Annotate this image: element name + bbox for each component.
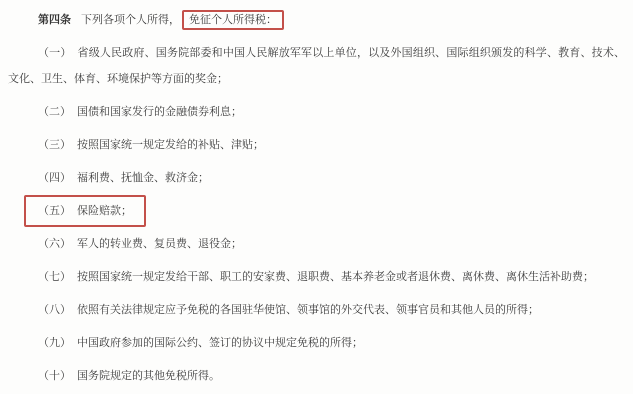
item-marker: （八） (38, 304, 71, 316)
item-text: 保险赔款； (77, 205, 132, 217)
item-highlight-box: （五）保险赔款； (24, 195, 146, 227)
tax-law-document: 第四条下列各项个人所得，免征个人所得税： （一）省级人民政府、国务院部委和中国人… (0, 0, 633, 394)
item-marker: （十） (38, 370, 71, 382)
item-text: 依照有关法律规定应予免税的各国驻华使馆、领事馆的外交代表、领事官员和其他人员的所… (77, 304, 539, 316)
list-item: （八）依照有关法律规定应予免税的各国驻华使馆、领事馆的外交代表、领事官员和其他人… (8, 297, 625, 323)
item-marker: （七） (38, 271, 71, 283)
item-text: 省级人民政府、国务院部委和中国人民解放军军以上单位，以及外国组织、国际组织颁发的… (8, 47, 625, 85)
list-item: （一）省级人民政府、国务院部委和中国人民解放军军以上单位，以及外国组织、国际组织… (8, 40, 625, 92)
article-intro-text: 下列各项个人所得， (81, 14, 180, 26)
item-text: 国债和国家发行的金融债券利息； (77, 106, 242, 118)
item-marker: （一） (38, 47, 72, 59)
intro-highlight-box: 免征个人所得税： (182, 10, 284, 30)
item-text: 福利费、抚恤金、救济金； (77, 172, 209, 184)
exemption-list: （一）省级人民政府、国务院部委和中国人民解放军军以上单位，以及外国组织、国际组织… (8, 40, 625, 389)
article-intro-line: 第四条下列各项个人所得，免征个人所得税： (8, 7, 625, 33)
item-marker: （三） (38, 139, 71, 151)
item-marker: （四） (38, 172, 71, 184)
list-item: （十）国务院规定的其他免税所得。 (8, 363, 625, 389)
item-marker: （五） (38, 205, 71, 217)
item-text: 中国政府参加的国际公约、签订的协议中规定免税的所得； (77, 337, 363, 349)
item-text: 按照国家统一规定发给干部、职工的安家费、退职费、基本养老金或者退休费、离休费、离… (77, 271, 594, 283)
list-item: （三）按照国家统一规定发给的补贴、津贴； (8, 132, 625, 158)
list-item: （七）按照国家统一规定发给干部、职工的安家费、退职费、基本养老金或者退休费、离休… (8, 264, 625, 290)
list-item: （四）福利费、抚恤金、救济金； (8, 165, 625, 191)
item-marker: （六） (38, 238, 71, 250)
list-item: （九）中国政府参加的国际公约、签订的协议中规定免税的所得； (8, 330, 625, 356)
item-text: 国务院规定的其他免税所得。 (77, 370, 220, 382)
list-item: （二）国债和国家发行的金融债券利息； (8, 99, 625, 125)
item-text: 按照国家统一规定发给的补贴、津贴； (77, 139, 264, 151)
list-item: （六）军人的转业费、复员费、退役金； (8, 231, 625, 257)
article-number: 第四条 (38, 14, 71, 26)
item-text: 军人的转业费、复员费、退役金； (77, 238, 242, 250)
item-marker: （九） (38, 337, 71, 349)
item-marker: （二） (38, 106, 71, 118)
list-item: （五）保险赔款； (8, 198, 625, 224)
